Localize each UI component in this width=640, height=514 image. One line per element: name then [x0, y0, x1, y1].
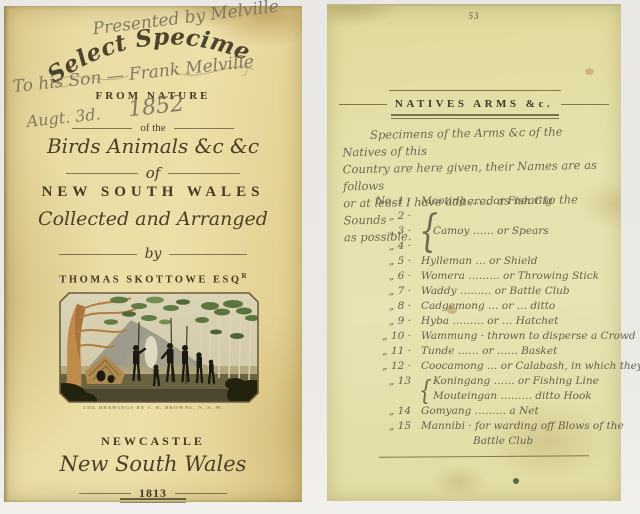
row-text: Koningang …… or Fishing Line — [421, 374, 599, 389]
natives-arms-heading: NATIVES ARMS &c. — [395, 98, 553, 110]
row-number: „ 3 · — [375, 224, 411, 239]
by-row: by — [4, 246, 302, 262]
row-number: „ 8 · — [375, 299, 411, 314]
rule-line — [72, 128, 132, 129]
arms-list-row: „ 5 ·Hylleman … or Shield — [375, 254, 615, 269]
rule-line — [169, 254, 247, 255]
arms-list-row: „ 12 ·Coocamong … or Calabash, in which … — [375, 359, 615, 374]
list-bottom-rule — [379, 455, 589, 457]
arms-list-row: „ 3 ·Camoy …… or Spears — [375, 224, 615, 239]
row-number: „ 15 — [375, 419, 411, 434]
author-esq-superscript: R — [242, 272, 247, 280]
row-text: Mouteingan ……… ditto Hook — [421, 389, 592, 404]
newcastle-label: NEWCASTLE — [4, 434, 302, 449]
row-number — [375, 389, 411, 404]
row-text: Cadgemong … or … ditto — [421, 299, 555, 314]
heading-rule-bottom-thin — [391, 118, 559, 119]
row-text: Coocamong … or Calabash, in which they c… — [421, 359, 640, 374]
row-text: Mooting …… or Fish Gig — [421, 194, 552, 209]
by-label: by — [145, 246, 162, 262]
row-text — [421, 239, 433, 254]
arms-list-row: „ 4 · — [375, 239, 615, 254]
row-text: Wammung · thrown to disperse a Crowd — [421, 329, 636, 344]
arms-list-row: „ 14Gomyang ……… a Net — [375, 404, 615, 419]
arms-list-row: „ 7 ·Waddy ……… or Battle Club — [375, 284, 615, 299]
page-number: 53 — [327, 11, 621, 21]
vignette-caption: THE DRAWINGS BY T. R. BROWNE. N. S. W. — [4, 406, 302, 411]
arms-list-row: „ 10 ·Wammung · thrown to disperse a Cro… — [375, 329, 615, 344]
arms-list: { { No. 1 ·Mooting …… or Fish Gig „ 2 · … — [375, 194, 615, 449]
row-text: Camoy …… or Spears — [421, 224, 549, 239]
row-text: Gomyang ……… a Net — [421, 404, 539, 419]
new-south-wales-title: NEW SOUTH WALES — [4, 184, 302, 201]
stain — [513, 478, 519, 484]
of-row: of — [4, 164, 302, 182]
rule-line — [174, 128, 234, 129]
row-number: „ 7 · — [375, 284, 411, 299]
row-text: Waddy ……… or Battle Club — [421, 284, 570, 299]
inscription-year: 1852 — [127, 92, 185, 123]
rule-line — [175, 493, 227, 494]
rule-line — [59, 254, 137, 255]
of-the-label: of the — [140, 122, 165, 134]
of-label: of — [146, 164, 161, 182]
year-double-rule — [120, 498, 186, 503]
heading-rule-bottom-thick — [391, 114, 559, 116]
of-the-row: of the — [4, 122, 302, 134]
author-name: THOMAS SKOTTOWE ESQR — [4, 272, 302, 286]
row-number: „ 4 · — [375, 239, 411, 254]
row-text: Battle Club — [421, 434, 533, 449]
row-number: „ 10 · — [375, 329, 411, 344]
rule-line — [168, 173, 240, 174]
rule-line — [339, 104, 387, 105]
campfire-smoke — [145, 336, 158, 368]
rule-line — [79, 493, 131, 494]
arms-list-row: Mouteingan ……… ditto Hook — [375, 389, 615, 404]
arms-list-row: „ 11 ·Tunde …… or …… Basket — [375, 344, 615, 359]
arms-list-row: „ 9 ·Hyba ……… or … Hatchet — [375, 314, 615, 329]
stain — [585, 68, 594, 75]
row-text: Womera ……… or Throwing Stick — [421, 269, 599, 284]
row-number: „ 14 — [375, 404, 411, 419]
row-text: Hyba ……… or … Hatchet — [421, 314, 558, 329]
row-number: „ 6 · — [375, 269, 411, 284]
row-number — [375, 434, 411, 449]
row-text: Tunde …… or …… Basket — [421, 344, 557, 359]
intro-line: Country are here given, their Names are … — [343, 157, 612, 196]
arms-list-row: „ 13Koningang …… or Fishing Line — [375, 374, 615, 389]
heading-rule-top — [389, 90, 561, 91]
arms-list-row: „ 15Mannibi · for warding off Blows of t… — [375, 419, 615, 434]
intro-line: Specimens of the Arms &c of the Natives … — [342, 123, 611, 162]
arms-list-row: Battle Club — [375, 434, 615, 449]
collected-arranged-line: Collected and Arranged — [4, 208, 302, 230]
arms-list-row: „ 6 ·Womera ……… or Throwing Stick — [375, 269, 615, 284]
arms-list-row: „ 8 ·Cadgemong … or … ditto — [375, 299, 615, 314]
author-name-text: THOMAS SKOTTOWE ESQ — [59, 275, 241, 286]
heading-row: NATIVES ARMS &c. — [327, 98, 621, 110]
title-page: Presented by Melville Select Specimens T… — [4, 6, 302, 502]
row-number: No. 1 · — [375, 194, 411, 209]
rule-line — [66, 173, 138, 174]
row-number: „ 5 · — [375, 254, 411, 269]
row-number: „ 13 — [375, 374, 411, 389]
title-vignette-painting — [59, 292, 259, 403]
birds-animals-title: Birds Animals &c &c — [4, 134, 302, 158]
natives-arms-page: 53 NATIVES ARMS &c. Specimens of the Arm… — [327, 4, 621, 501]
row-number: „ 2 · — [375, 209, 411, 224]
arms-list-row: No. 1 ·Mooting …… or Fish Gig — [375, 194, 615, 209]
row-text — [421, 209, 433, 224]
rule-line — [561, 104, 609, 105]
row-text: Mannibi · for warding off Blows of the — [421, 419, 624, 434]
new-south-wales-script: New South Wales — [4, 452, 302, 476]
row-number: „ 12 · — [375, 359, 411, 374]
row-number: „ 9 · — [375, 314, 411, 329]
arms-list-row: „ 2 · — [375, 209, 615, 224]
row-text: Hylleman … or Shield — [421, 254, 537, 269]
row-number: „ 11 · — [375, 344, 411, 359]
